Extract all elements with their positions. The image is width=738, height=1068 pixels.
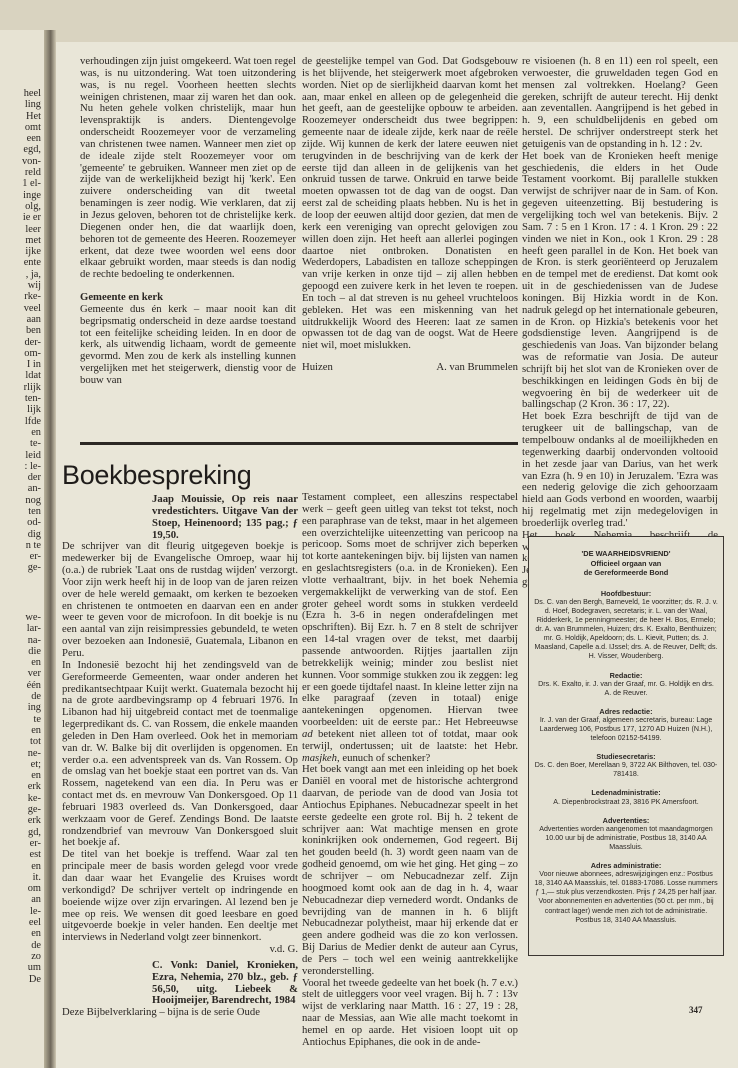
previous-page-edge: heel ling Het omt een egd, von- reld 1 e… bbox=[0, 30, 45, 1068]
colophon-heading: Studiesecretaris: bbox=[534, 752, 718, 761]
article-author: A. van Brummelen bbox=[436, 362, 518, 374]
review-paragraph: Het boek van de Kronieken heeft menige g… bbox=[522, 151, 718, 412]
colophon-body: Ds. C. den Boer, Merellaan 9, 3722 AK Bi… bbox=[534, 761, 718, 779]
review-paragraph: De titel van het boekje is treffend. Waa… bbox=[62, 849, 298, 944]
colophon-body: Ds. C. van den Bergh, Barneveld, 1e voor… bbox=[534, 598, 718, 662]
review-column-1: Jaap Mouissie, Op reis naar vredestichte… bbox=[62, 494, 298, 1019]
colophon-body: Voor nieuwe abonnees, adreswijzigingen e… bbox=[534, 870, 718, 925]
colophon-section-editor-address: Adres redactie: Ir. J. van der Graaf, al… bbox=[534, 707, 718, 743]
italic-term: ad bbox=[302, 728, 313, 740]
page-number: 347 bbox=[689, 1005, 703, 1015]
magazine-page: verhoudingen zijn juist omgekeerd. Wat t… bbox=[56, 42, 738, 1068]
book-reference: C. Vonk: Daniel, Kronieken, Ezra, Nehemi… bbox=[152, 960, 298, 1007]
colophon-section-advertising: Advertenties: Advertenties worden aangen… bbox=[534, 816, 718, 852]
review-paragraph: Het boek vangt aan met een inleiding op … bbox=[302, 764, 518, 977]
colophon-body: Drs. K. Exalto, ir. J. van der Graaf, mr… bbox=[534, 680, 718, 698]
text-run: Testament compleet, een alleszins respec… bbox=[302, 491, 518, 728]
reviewer-initials: v.d. G. bbox=[62, 944, 298, 956]
article-paragraph: Gemeente dus én kerk – maar nooit kan di… bbox=[80, 304, 296, 387]
colophon-heading: Adres administratie: bbox=[534, 861, 718, 870]
text-run: , eunuch of schenker? bbox=[337, 752, 430, 764]
colophon-body: Ir. J. van der Graaf, algemeen secretari… bbox=[534, 716, 718, 743]
review-paragraph: In Indonesië bezocht hij het zendingsvel… bbox=[62, 660, 298, 850]
review-paragraph: De schrijver van dit fleurig uitgegeven … bbox=[62, 541, 298, 659]
review-paragraph: re visioenen (h. 8 en 11) een rol speelt… bbox=[522, 56, 718, 151]
publication-name: 'DE WAARHEIDSVRIEND' bbox=[529, 549, 723, 559]
colophon-section-study-secretary: Studiesecretaris: Ds. C. den Boer, Merel… bbox=[534, 752, 718, 779]
review-paragraph: Deze Bijbelverklaring – bijna is de seri… bbox=[62, 1007, 298, 1019]
italic-term: masjkeh bbox=[302, 752, 337, 764]
colophon-section-administration: Adres administratie: Voor nieuwe abonnee… bbox=[534, 861, 718, 925]
article-paragraph: de geestelijke tempel van God. Dat Godsg… bbox=[302, 56, 518, 352]
section-divider bbox=[80, 442, 518, 445]
book-gutter bbox=[44, 30, 56, 1068]
section-title: Boekbespreking bbox=[62, 460, 251, 491]
article-paragraph: verhoudingen zijn juist omgekeerd. Wat t… bbox=[80, 56, 296, 281]
previous-page-text-fragment: we- lar- na- die en ver één de ing te en… bbox=[25, 612, 41, 985]
colophon-heading: Hoofdbestuur: bbox=[534, 589, 718, 598]
article-column-1: verhoudingen zijn juist omgekeerd. Wat t… bbox=[80, 56, 296, 387]
publication-subtitle: Officieel orgaan van bbox=[529, 559, 723, 569]
review-paragraph: Vooral het tweede gedeelte van het boek … bbox=[302, 978, 518, 1049]
publication-subtitle: de Gereformeerde Bond bbox=[529, 568, 723, 578]
article-signature: Huizen A. van Brummelen bbox=[302, 362, 518, 374]
colophon-section-board: Hoofdbestuur: Ds. C. van den Bergh, Barn… bbox=[534, 589, 718, 662]
colophon-heading: Ledenadministratie: bbox=[534, 788, 718, 797]
colophon-box: 'DE WAARHEIDSVRIEND' Officieel orgaan va… bbox=[528, 536, 724, 956]
colophon-heading: Redactie: bbox=[534, 671, 718, 680]
review-paragraph: Het boek Ezra beschrijft de tijd van de … bbox=[522, 411, 718, 529]
previous-page-text-fragment: heel ling Het omt een egd, von- reld 1 e… bbox=[22, 88, 41, 574]
colophon-heading: Adres redactie: bbox=[534, 707, 718, 716]
colophon-body: Advertenties worden aangenomen tot maand… bbox=[534, 825, 718, 852]
colophon-body: A. Diepenbrockstraat 23, 3816 PK Amersfo… bbox=[534, 798, 718, 807]
colophon-section-membership: Ledenadministratie: A. Diepenbrockstraat… bbox=[534, 788, 718, 806]
colophon-section-editors: Redactie: Drs. K. Exalto, ir. J. van der… bbox=[534, 671, 718, 698]
article-column-2: de geestelijke tempel van God. Dat Godsg… bbox=[302, 56, 518, 374]
book-reference: Jaap Mouissie, Op reis naar vredestichte… bbox=[152, 494, 298, 541]
review-paragraph: Testament compleet, een alleszins respec… bbox=[302, 492, 518, 764]
article-place: Huizen bbox=[302, 362, 333, 374]
colophon-heading: Advertenties: bbox=[534, 816, 718, 825]
colophon-masthead: 'DE WAARHEIDSVRIEND' Officieel orgaan va… bbox=[529, 549, 723, 578]
review-column-2: Testament compleet, een alleszins respec… bbox=[302, 492, 518, 1049]
review-column-3: re visioenen (h. 8 en 11) een rol speelt… bbox=[522, 56, 718, 589]
text-run: betekent niet alleen tot of totdat, maar… bbox=[302, 728, 518, 752]
